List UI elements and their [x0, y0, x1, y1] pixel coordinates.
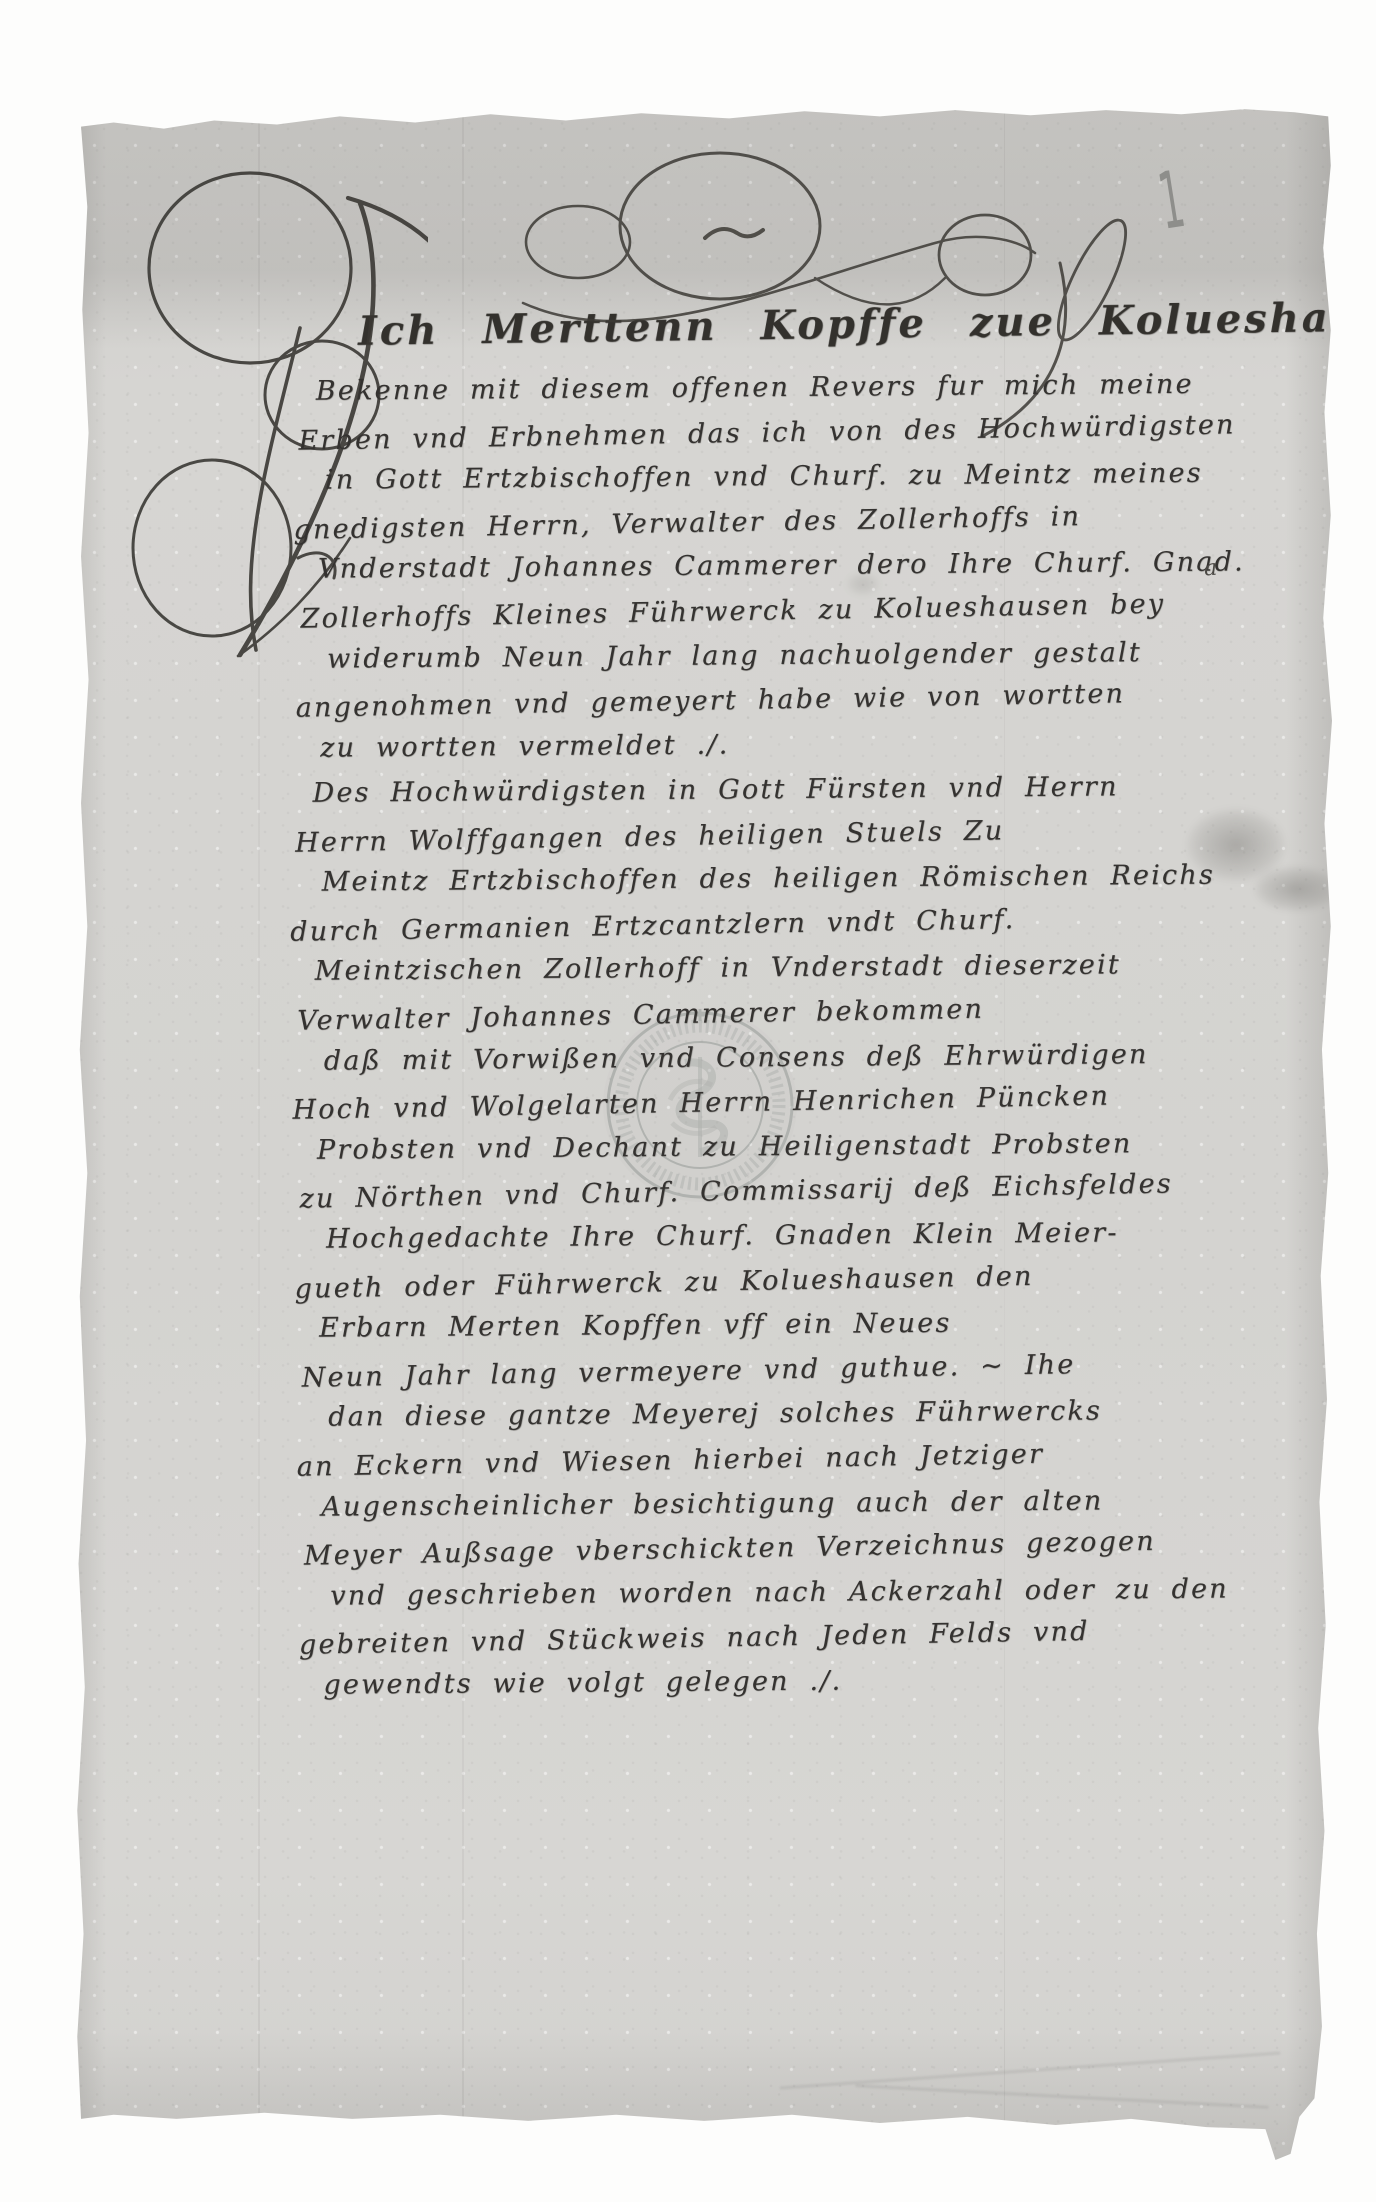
paragraph-2: Des Hochwürdigsten in Gott Fürsten vnd H…	[284, 762, 1305, 1711]
bottom-fold-mark	[855, 2084, 1269, 2109]
handwritten-text-line: gewendts wie volgt gelegen ./.	[323, 1656, 1305, 1708]
paragraph-1: Bekenne mit diesem offenen Revers fur mi…	[288, 360, 1303, 774]
marginal-note: a	[1203, 556, 1218, 582]
paper-sheet: Ich Merttenn Kopffe zue Kolueshausenn Be…	[76, 104, 1332, 2160]
paper-shading-bottom	[76, 2030, 1332, 2160]
scanned-manuscript-page: Ich Merttenn Kopffe zue Kolueshausenn Be…	[0, 0, 1376, 2202]
